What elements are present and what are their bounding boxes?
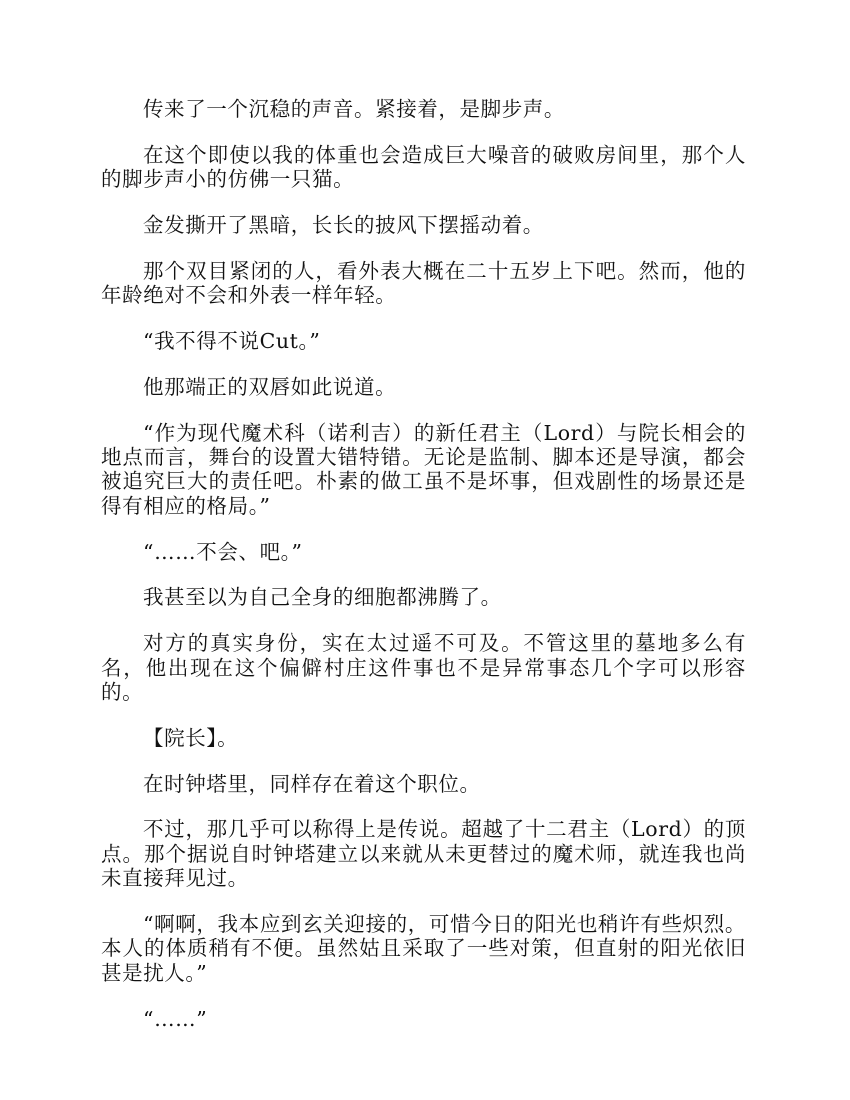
paragraph: 【院长】。 bbox=[101, 726, 746, 750]
paragraph: 在这个即使以我的体重也会造成巨大噪音的破败房间里，那个人的脚步声小的仿佛一只猫。 bbox=[101, 143, 746, 192]
paragraph: 那个双目紧闭的人，看外表大概在二十五岁上下吧。然而，他的年龄绝对不会和外表一样年… bbox=[101, 259, 746, 308]
paragraph: 对方的真实身份，实在太过遥不可及。不管这里的墓地多么有名，他出现在这个偏僻村庄这… bbox=[101, 631, 746, 704]
paragraph: 我甚至以为自己全身的细胞都沸腾了。 bbox=[101, 585, 746, 609]
paragraph: 金发撕开了黑暗，长长的披风下摆摇动着。 bbox=[101, 213, 746, 237]
paragraph: “……” bbox=[101, 1007, 746, 1031]
paragraph: 他那端正的双唇如此说道。 bbox=[101, 375, 746, 399]
paragraph: 传来了一个沉稳的声音。紧接着，是脚步声。 bbox=[101, 97, 746, 121]
paragraph: “我不得不说Cut。” bbox=[101, 329, 746, 353]
paragraph: “作为现代魔术科（诺利吉）的新任君主（Lord）与院长相会的地点而言，舞台的设置… bbox=[101, 421, 746, 519]
paragraph: “啊啊，我本应到玄关迎接的，可惜今日的阳光也稍许有些炽烈。本人的体质稍有不便。虽… bbox=[101, 912, 746, 985]
paragraph: “……不会、吧。” bbox=[101, 540, 746, 564]
paragraph: 不过，那几乎可以称得上是传说。超越了十二君主（Lord）的顶点。那个据说自时钟塔… bbox=[101, 817, 746, 890]
paragraph: 在时钟塔里，同样存在着这个职位。 bbox=[101, 772, 746, 796]
document-page: 传来了一个沉稳的声音。紧接着，是脚步声。 在这个即使以我的体重也会造成巨大噪音的… bbox=[101, 97, 746, 1052]
